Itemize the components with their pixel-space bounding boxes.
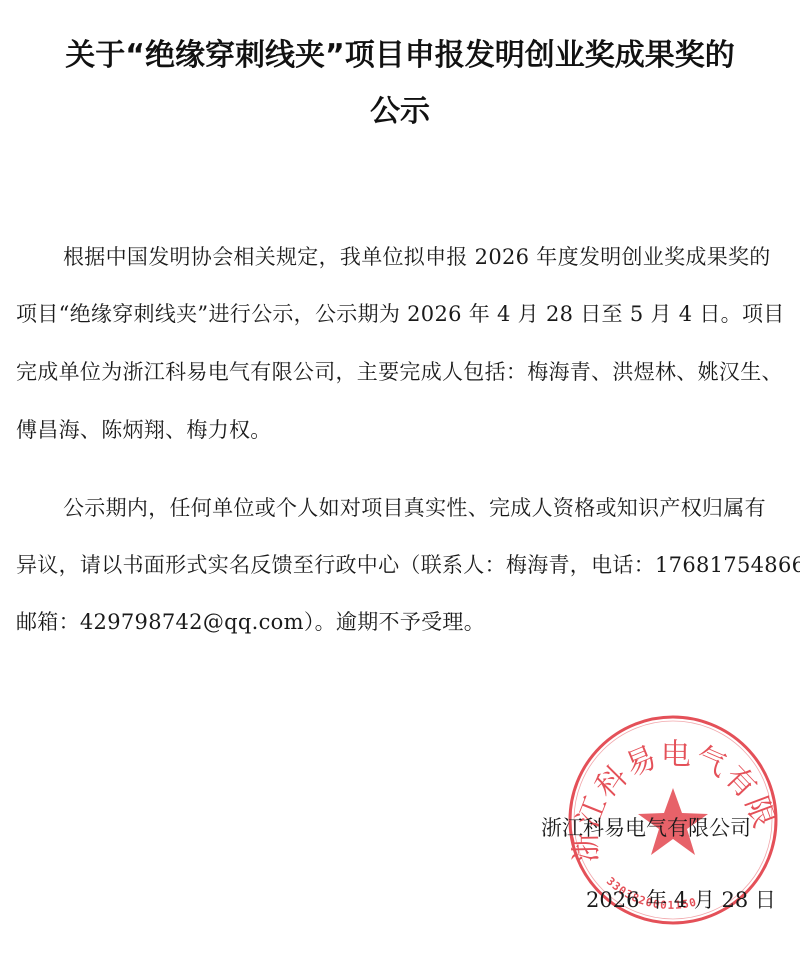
paragraph-line: 异议，请以书面形式实名反馈至行政中心（联系人：梅海青，电话：1768175486… (16, 549, 800, 579)
paragraph-line: 根据中国发明协会相关规定，我单位拟申报 2026 年度发明创业奖成果奖的 (63, 241, 771, 271)
signature-date: 2026 年 4 月 28 日 (586, 884, 776, 914)
paragraph-line: 项目“绝缘穿刺线夹”进行公示，公示期为 2026 年 4 月 28 日至 5 月… (16, 298, 785, 328)
paragraph-line: 邮箱：429798742@qq.com）。逾期不予受理。 (16, 606, 485, 636)
document-title-line-1: 关于“绝缘穿刺线夹”项目申报发明创业奖成果奖的 (0, 30, 800, 74)
document-title-line-2: 公示 (0, 86, 800, 130)
paragraph-line: 公示期内，任何单位或个人如对项目真实性、完成人资格或知识产权归属有 (63, 492, 766, 522)
signature-organization: 浙江科易电气有限公司 (541, 812, 751, 842)
paragraph-line: 傅昌海、陈炳翔、梅力权。 (16, 414, 272, 444)
paragraph-line: 完成单位为浙江科易电气有限公司，主要完成人包括：梅海青、洪煜林、姚汉生、 (16, 356, 783, 386)
